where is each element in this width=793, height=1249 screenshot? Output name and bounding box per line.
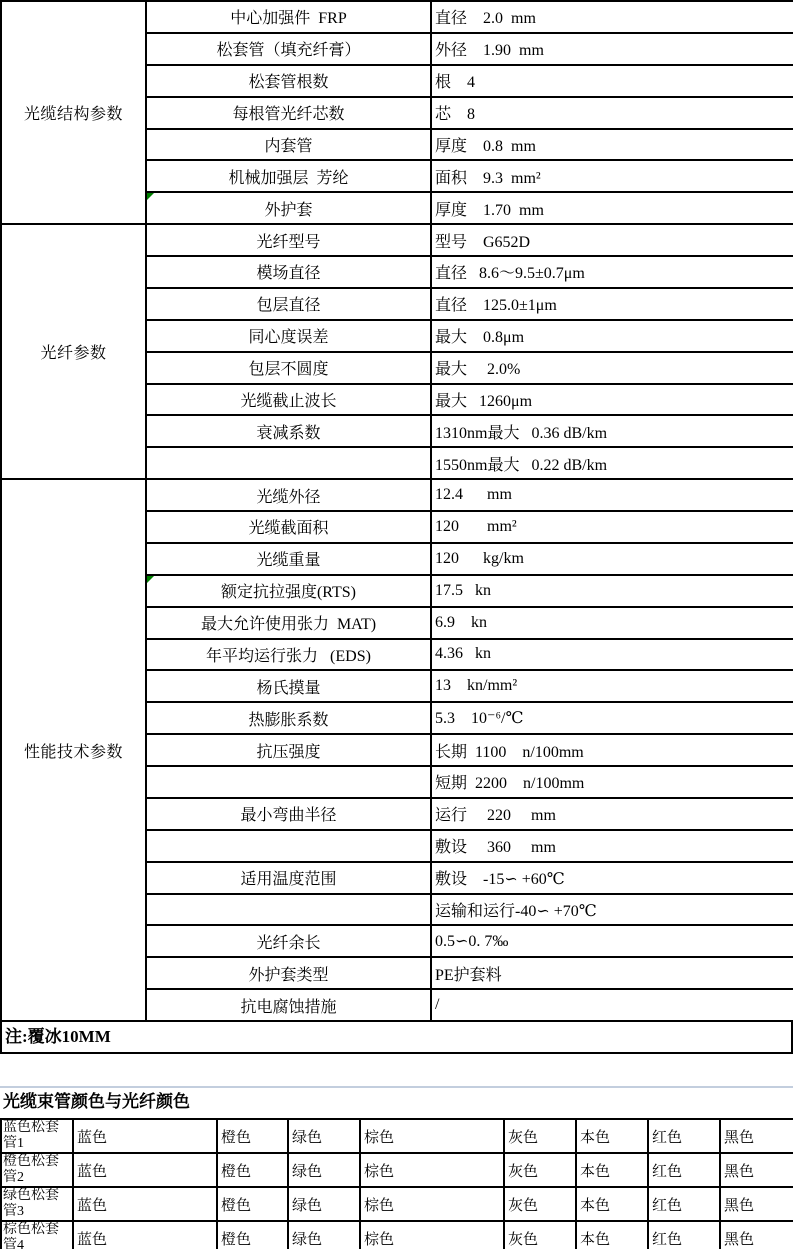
param-cell: 同心度误差 (146, 320, 431, 352)
color-cell: 棕色 (360, 1153, 504, 1187)
param-cell: 外护套类型 (146, 957, 431, 989)
color-cell: 灰色 (504, 1119, 576, 1153)
value-cell: 1310nm最大 0.36 dB/km (431, 415, 793, 447)
value-cell: 敷设 360 mm (431, 830, 793, 862)
param-cell: 最小弯曲半径 (146, 798, 431, 830)
value-cell: 运行 220 mm (431, 798, 793, 830)
param-label: 额定抗拉强度(RTS) (221, 584, 356, 601)
color-cell: 橙色 (217, 1221, 288, 1249)
param-cell: 内套管 (146, 129, 431, 161)
table-row: 棕色松套管4 蓝色 橙色 绿色 棕色 灰色 本色 红色 黑色 (1, 1221, 793, 1249)
value-cell: 最大 2.0% (431, 352, 793, 384)
param-cell: 光缆截止波长 (146, 384, 431, 416)
value-cell: 外径 1.90 mm (431, 33, 793, 65)
color-cell: 本色 (576, 1221, 648, 1249)
color-cell: 绿色 (288, 1119, 360, 1153)
value-cell: 4.36 kn (431, 639, 793, 671)
color-cell: 红色 (648, 1119, 720, 1153)
value-cell: 1550nm最大 0.22 dB/km (431, 447, 793, 479)
color-cell: 棕色 (360, 1187, 504, 1221)
param-cell: 光缆重量 (146, 543, 431, 575)
param-cell: 光纤余长 (146, 925, 431, 957)
cell-flag-icon (147, 576, 154, 583)
param-cell: 光缆截面积 (146, 511, 431, 543)
param-cell: 年平均运行张力 (EDS) (146, 639, 431, 671)
color-cell: 黑色 (720, 1153, 793, 1187)
param-cell (146, 447, 431, 479)
color-cell: 本色 (576, 1119, 648, 1153)
param-cell: 包层不圆度 (146, 352, 431, 384)
tube-color-table: 蓝色松套管1 蓝色 橙色 绿色 棕色 灰色 本色 红色 黑色 橙色松套管2 蓝色… (0, 1118, 793, 1249)
color-cell: 蓝色 (73, 1119, 217, 1153)
value-cell: PE护套料 (431, 957, 793, 989)
blank-spacer (0, 1054, 793, 1086)
param-cell: 松套管根数 (146, 65, 431, 97)
color-cell: 蓝色 (73, 1221, 217, 1249)
category-cell: 光纤参数 (1, 224, 146, 479)
param-cell: 光缆外径 (146, 479, 431, 511)
color-cell: 灰色 (504, 1153, 576, 1187)
color-cell: 绿色 (288, 1187, 360, 1221)
color-section-title: 光缆束管颜色与光纤颜色 (0, 1088, 793, 1118)
color-cell: 棕色 (360, 1119, 504, 1153)
value-cell: 直径 8.6～9.5±0.7μm (431, 256, 793, 288)
param-cell: 模场直径 (146, 256, 431, 288)
color-cell: 棕色 (360, 1221, 504, 1249)
param-cell: 中心加强件 FRP (146, 1, 431, 33)
color-cell: 黑色 (720, 1187, 793, 1221)
value-cell: 120 mm² (431, 511, 793, 543)
value-cell: / (431, 989, 793, 1021)
table-row: 光纤参数 光纤型号 型号 G652D (1, 224, 793, 256)
spec-table: 光缆结构参数 中心加强件 FRP 直径 2.0 mm 松套管（填充纤膏） 外径 … (0, 0, 793, 1022)
color-cell: 绿色 (288, 1153, 360, 1187)
value-cell: 5.3 10⁻⁶/℃ (431, 702, 793, 734)
param-cell: 松套管（填充纤膏） (146, 33, 431, 65)
color-cell: 红色 (648, 1221, 720, 1249)
param-cell: 抗电腐蚀措施 (146, 989, 431, 1021)
value-cell: 0.5∽0. 7‰ (431, 925, 793, 957)
cell-flag-icon (147, 193, 154, 200)
value-cell: 型号 G652D (431, 224, 793, 256)
note-row: 注:覆冰10MM (0, 1020, 793, 1054)
category-cell: 性能技术参数 (1, 479, 146, 1021)
tube-label-cell: 绿色松套管3 (1, 1187, 73, 1221)
param-cell: 光纤型号 (146, 224, 431, 256)
param-cell (146, 830, 431, 862)
param-cell: 杨氏摸量 (146, 670, 431, 702)
value-cell: 最大 0.8μm (431, 320, 793, 352)
tube-label-cell: 橙色松套管2 (1, 1153, 73, 1187)
color-cell: 橙色 (217, 1119, 288, 1153)
value-cell: 根 4 (431, 65, 793, 97)
value-cell: 运输和运行-40∽ +70℃ (431, 894, 793, 926)
value-cell: 6.9 kn (431, 607, 793, 639)
param-cell: 适用温度范围 (146, 862, 431, 894)
param-cell: 外护套 (146, 192, 431, 224)
value-cell: 厚度 1.70 mm (431, 192, 793, 224)
color-cell: 灰色 (504, 1187, 576, 1221)
category-cell: 光缆结构参数 (1, 1, 146, 224)
value-cell: 17.5 kn (431, 575, 793, 607)
value-cell: 厚度 0.8 mm (431, 129, 793, 161)
table-row: 蓝色松套管1 蓝色 橙色 绿色 棕色 灰色 本色 红色 黑色 (1, 1119, 793, 1153)
param-cell (146, 894, 431, 926)
color-cell: 黑色 (720, 1221, 793, 1249)
tube-label-cell: 蓝色松套管1 (1, 1119, 73, 1153)
param-cell: 抗压强度 (146, 734, 431, 766)
color-cell: 本色 (576, 1187, 648, 1221)
value-cell: 最大 1260μm (431, 384, 793, 416)
color-cell: 红色 (648, 1153, 720, 1187)
value-cell: 120 kg/km (431, 543, 793, 575)
spec-sheet-page: 光缆结构参数 中心加强件 FRP 直径 2.0 mm 松套管（填充纤膏） 外径 … (0, 0, 793, 1249)
param-cell: 额定抗拉强度(RTS) (146, 575, 431, 607)
param-cell: 包层直径 (146, 288, 431, 320)
value-cell: 面积 9.3 mm² (431, 160, 793, 192)
value-cell: 短期 2200 n/100mm (431, 766, 793, 798)
table-row: 性能技术参数 光缆外径 12.4 mm (1, 479, 793, 511)
color-cell: 灰色 (504, 1221, 576, 1249)
tube-label-cell: 棕色松套管4 (1, 1221, 73, 1249)
value-cell: 13 kn/mm² (431, 670, 793, 702)
param-cell: 最大允许使用张力 MAT) (146, 607, 431, 639)
value-cell: 芯 8 (431, 97, 793, 129)
value-cell: 直径 125.0±1μm (431, 288, 793, 320)
param-cell (146, 766, 431, 798)
color-cell: 红色 (648, 1187, 720, 1221)
table-row: 橙色松套管2 蓝色 橙色 绿色 棕色 灰色 本色 红色 黑色 (1, 1153, 793, 1187)
param-cell: 热膨胀系数 (146, 702, 431, 734)
table-row: 绿色松套管3 蓝色 橙色 绿色 棕色 灰色 本色 红色 黑色 (1, 1187, 793, 1221)
value-cell: 直径 2.0 mm (431, 1, 793, 33)
color-cell: 绿色 (288, 1221, 360, 1249)
param-label: 外护套 (264, 202, 312, 219)
value-cell: 长期 1100 n/100mm (431, 734, 793, 766)
color-cell: 橙色 (217, 1153, 288, 1187)
param-cell: 衰减系数 (146, 415, 431, 447)
color-cell: 黑色 (720, 1119, 793, 1153)
value-cell: 12.4 mm (431, 479, 793, 511)
color-cell: 蓝色 (73, 1187, 217, 1221)
param-cell: 机械加强层 芳纶 (146, 160, 431, 192)
table-row: 光缆结构参数 中心加强件 FRP 直径 2.0 mm (1, 1, 793, 33)
color-cell: 本色 (576, 1153, 648, 1187)
color-cell: 蓝色 (73, 1153, 217, 1187)
value-cell: 敷设 -15∽ +60℃ (431, 862, 793, 894)
color-cell: 橙色 (217, 1187, 288, 1221)
param-cell: 每根管光纤芯数 (146, 97, 431, 129)
